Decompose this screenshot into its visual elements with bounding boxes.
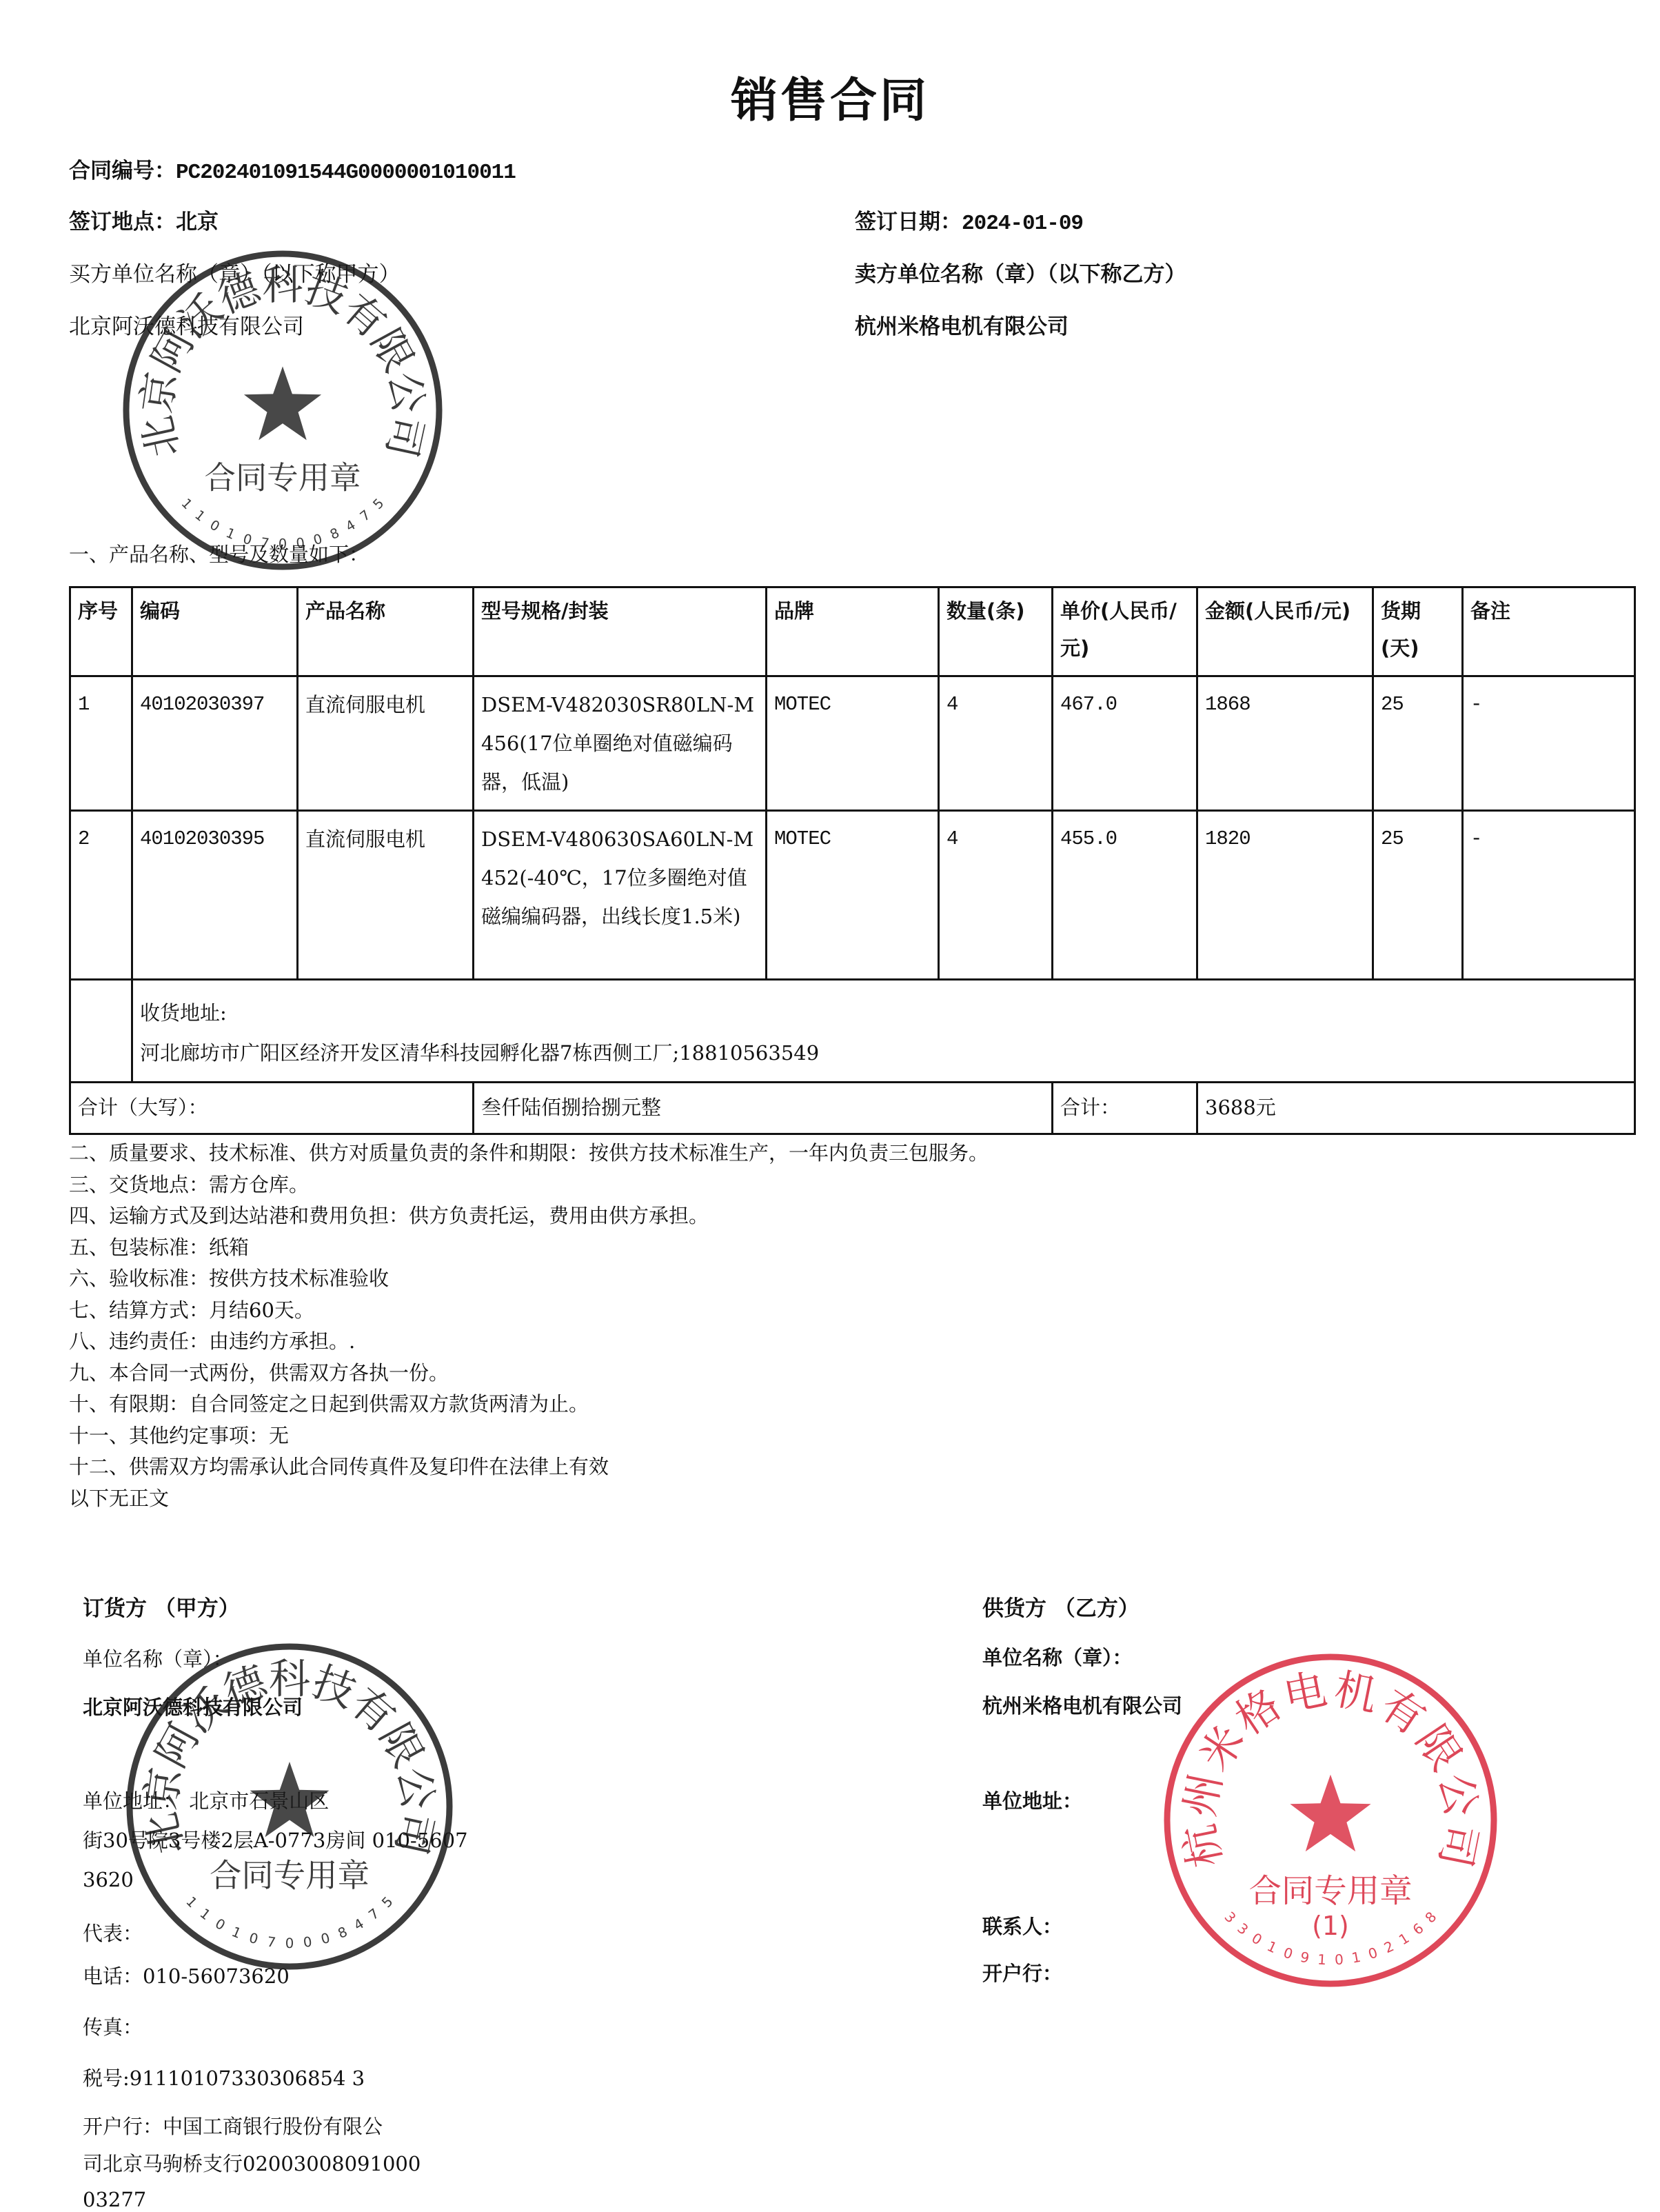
svg-text:1: 1 (197, 1905, 214, 1923)
col-header-product: 产品名称 (298, 587, 474, 676)
sign-date-label: 签订日期： (855, 210, 962, 234)
svg-text:合同专用章: 合同专用章 (205, 460, 361, 496)
seller-block-name-label: 单位名称（章）： (982, 1648, 1133, 1668)
svg-text:0: 0 (212, 1916, 227, 1933)
contract-number-label: 合同编号： (69, 159, 176, 183)
cell-code: 40102030397 (132, 676, 298, 811)
svg-text:0: 0 (1334, 1951, 1344, 1969)
buyer-address-line3: 3620 (83, 1870, 134, 1890)
address-spacer-cell (70, 980, 132, 1083)
buyer-address-line2: 街30号院3号楼2层A-0773房间 010-5607 (83, 1831, 468, 1851)
svg-text:司: 司 (1430, 1820, 1487, 1872)
contract-clauses: 二、质量要求、技术标准、供方对质量负责的条件和期限：按供方技术标准生产，一年内负… (69, 1138, 989, 1514)
end-of-text: 以下无正文 (69, 1483, 989, 1515)
cell-model: DSEM-V480630SA60LN-M452(-40℃，17位多圈绝对值磁编编… (474, 811, 767, 980)
sign-place: 签订地点：北京 (69, 204, 219, 235)
seller-address-label: 单位地址： (982, 1791, 1082, 1811)
seller-block-name: 杭州米格电机有限公司 (982, 1696, 1182, 1716)
cell-brand: MOTEC (767, 676, 939, 811)
company-seal-icon: 杭州米格电机有限公司合同专用章(1)33010910102168 (1158, 1651, 1503, 1989)
svg-text:1: 1 (1350, 1949, 1362, 1967)
svg-text:合同专用章: 合同专用章 (210, 1857, 370, 1894)
buyer-block-name-label: 单位名称（章）： (83, 1649, 233, 1669)
buyer-phone-label: 电话： (83, 1964, 143, 1988)
svg-text:有: 有 (341, 1678, 404, 1742)
svg-text:电: 电 (1279, 1665, 1330, 1722)
delivery-address-cell: 收货地址: 河北廊坊市广阳区经济开发区清华科技园孵化器7栋西侧工厂;188105… (132, 980, 1635, 1083)
svg-text:米: 米 (1190, 1717, 1255, 1780)
clause-10: 十、有限期：自合同签定之日起到供需双方款货两清为止。 (69, 1389, 989, 1420)
delivery-address-label: 收货地址: (140, 993, 1627, 1033)
buyer-block-address: 单位地址： 北京市石景山区 (83, 1791, 329, 1811)
svg-text:0: 0 (303, 1934, 313, 1951)
cell-no: 1 (70, 676, 132, 811)
buyer-address-label: 单位地址： (83, 1789, 183, 1813)
svg-text:4: 4 (343, 516, 358, 534)
svg-text:州: 州 (1175, 1769, 1232, 1821)
svg-text:限: 限 (1406, 1717, 1471, 1780)
cell-brand: MOTEC (767, 811, 939, 980)
buyer-bank-line3: 03277 (83, 2190, 146, 2210)
buyer-bank-line2: 司北京马驹桥支行02003008091000 (83, 2154, 421, 2174)
svg-text:0: 0 (285, 1935, 294, 1951)
clause-11: 十一、其他约定事项：无 (69, 1420, 989, 1452)
clause-2: 二、质量要求、技术标准、供方对质量负责的条件和期限：按供方技术标准生产，一年内负… (69, 1138, 989, 1169)
delivery-address-row: 收货地址: 河北廊坊市广阳区经济开发区清华科技园孵化器7栋西侧工厂;188105… (70, 980, 1635, 1083)
svg-text:1: 1 (1317, 1951, 1326, 1969)
svg-text:杭: 杭 (1174, 1820, 1231, 1872)
svg-text:合同专用章: 合同专用章 (1249, 1873, 1413, 1911)
svg-text:司: 司 (377, 412, 432, 461)
svg-text:北: 北 (133, 412, 188, 461)
svg-text:阿: 阿 (147, 1716, 209, 1775)
svg-text:(1): (1) (1312, 1911, 1349, 1941)
seller-stamp: 杭州米格电机有限公司合同专用章(1)33010910102168 (1158, 1651, 1503, 1992)
delivery-address-value: 河北廊坊市广阳区经济开发区清华科技园孵化器7栋西侧工厂;18810563549 (140, 1033, 1627, 1073)
clause-8: 八、违约责任：由违约方承担。. (69, 1326, 989, 1358)
svg-text:8: 8 (336, 1924, 350, 1942)
document-title: 销售合同 (0, 63, 1660, 130)
svg-text:公: 公 (388, 1764, 442, 1813)
table-row: 2 40102030395 直流伺服电机 DSEM-V480630SA60LN-… (70, 811, 1635, 980)
cell-amount: 1868 (1197, 676, 1373, 811)
svg-text:9: 9 (1299, 1949, 1310, 1967)
svg-text:技: 技 (306, 1658, 362, 1718)
svg-text:公: 公 (1430, 1769, 1487, 1820)
seller-block-heading: 供货方 （乙方） (982, 1598, 1140, 1620)
col-header-qty: 数量(条) (939, 587, 1053, 676)
clause-9: 九、本合同一式两份，供需双方各执一份。 (69, 1358, 989, 1389)
total-value: 3688元 (1197, 1083, 1635, 1134)
buyer-tax: 税号:91110107330306854 3 (83, 2069, 365, 2089)
buyer-tax-value: 91110107330306854 3 (130, 2067, 365, 2090)
svg-text:1: 1 (179, 495, 196, 512)
buyer-rep-label: 代表： (83, 1924, 143, 1944)
svg-text:4: 4 (351, 1916, 366, 1933)
cell-no: 2 (70, 811, 132, 980)
svg-text:7: 7 (365, 1905, 382, 1923)
sign-date-value: 2024-01-09 (962, 212, 1083, 236)
buyer-bank-label: 开户行： (83, 2115, 163, 2138)
svg-text:0: 0 (1282, 1944, 1295, 1962)
svg-text:1: 1 (230, 1924, 243, 1942)
buyer-block-heading: 订货方 （甲方） (83, 1598, 240, 1620)
svg-text:3: 3 (1234, 1920, 1251, 1938)
seller-name: 杭州米格电机有限公司 (855, 309, 1069, 340)
sign-place-label: 签订地点： (69, 210, 176, 234)
cell-product: 直流伺服电机 (298, 811, 474, 980)
sign-date: 签订日期：2024-01-09 (855, 204, 1083, 236)
svg-text:5: 5 (370, 495, 387, 512)
total-label: 合计： (1053, 1083, 1197, 1134)
seller-label: 卖方单位名称（章）（以下称乙方） (855, 257, 1186, 288)
svg-text:0: 0 (319, 1930, 332, 1947)
svg-text:0: 0 (1249, 1929, 1266, 1948)
total-row: 合计（大写）： 叁仟陆佰捌拾捌元整 合计： 3688元 (70, 1083, 1635, 1134)
svg-text:2: 2 (1381, 1938, 1397, 1956)
table-row: 1 40102030397 直流伺服电机 DSEM-V482030SR80LN-… (70, 676, 1635, 811)
col-header-amount: 金额(人民币/元) (1197, 587, 1373, 676)
clause-4: 四、运输方式及到达站港和费用负担：供方负责托运，费用由供方承担。 (69, 1200, 989, 1232)
svg-text:机: 机 (1330, 1665, 1382, 1722)
cell-unit-price: 455.0 (1053, 811, 1197, 980)
cell-lead-days: 25 (1373, 811, 1463, 980)
buyer-fax-label: 传真： (83, 2018, 143, 2038)
cell-qty: 4 (939, 811, 1053, 980)
col-header-lead-days: 货期(天) (1373, 587, 1463, 676)
svg-text:格: 格 (1227, 1680, 1290, 1745)
svg-text:8: 8 (1421, 1909, 1439, 1927)
svg-text:3: 3 (1221, 1909, 1239, 1927)
cell-remark: - (1463, 676, 1635, 811)
svg-text:京: 京 (132, 369, 185, 416)
company-seal-icon: 北京阿沃德科技有限公司合同专用章1101070008475 (103, 248, 462, 572)
seller-contact-label: 联系人： (982, 1917, 1062, 1937)
svg-text:1: 1 (1264, 1938, 1279, 1956)
svg-text:7: 7 (357, 507, 374, 525)
seller-bank-label: 开户行： (982, 1964, 1062, 1984)
svg-text:限: 限 (362, 321, 423, 380)
svg-text:0: 0 (247, 1930, 260, 1947)
svg-text:1: 1 (1396, 1929, 1413, 1948)
clause-7: 七、结算方式：月结60天。 (69, 1295, 989, 1327)
svg-text:1: 1 (183, 1893, 200, 1911)
col-header-no: 序号 (70, 587, 132, 676)
svg-text:0: 0 (207, 516, 222, 534)
svg-text:1: 1 (192, 507, 208, 525)
clause-3: 三、交货地点：需方仓库。 (69, 1169, 989, 1201)
cell-code: 40102030395 (132, 811, 298, 980)
cell-amount: 1820 (1197, 811, 1373, 980)
svg-text:5: 5 (378, 1893, 396, 1911)
buyer-block-name: 北京阿沃德科技有限公司 (83, 1698, 303, 1718)
buyer-phone-value: 010-56073620 (143, 1964, 290, 1988)
section-1-heading: 一、产品名称、型号及数量如下： (69, 539, 369, 567)
cell-qty: 4 (939, 676, 1053, 811)
cell-remark: - (1463, 811, 1635, 980)
clause-5: 五、包装标准：纸箱 (69, 1232, 989, 1264)
col-header-remark: 备注 (1463, 587, 1635, 676)
total-caps-value: 叁仟陆佰捌拾捌元整 (474, 1083, 1053, 1134)
table-header-row: 序号 编码 产品名称 型号规格/封装 品牌 数量(条) 单价(人民币/元) 金额… (70, 587, 1635, 676)
col-header-brand: 品牌 (767, 587, 939, 676)
buyer-phone: 电话：010-56073620 (83, 1967, 290, 1987)
svg-text:有: 有 (334, 285, 396, 348)
col-header-unit-price: 单价(人民币/元) (1053, 587, 1197, 676)
sign-place-value: 北京 (176, 210, 219, 234)
buyer-address-line1: 北京市石景山区 (189, 1789, 329, 1813)
clause-12: 十二、供需双方均需承认此合同传真件及复印件在法律上有效 (69, 1451, 989, 1483)
contract-number-value: PC202401091544G0000001010011 (176, 161, 516, 185)
total-caps-label: 合计（大写）： (70, 1083, 474, 1134)
svg-text:限: 限 (370, 1716, 432, 1775)
cell-unit-price: 467.0 (1053, 676, 1197, 811)
cell-model: DSEM-V482030SR80LN-M456(17位单圈绝对值磁编码器，低温) (474, 676, 767, 811)
items-table: 序号 编码 产品名称 型号规格/封装 品牌 数量(条) 单价(人民币/元) 金额… (69, 586, 1636, 1135)
buyer-bank: 开户行：中国工商银行股份有限公 (83, 2117, 383, 2137)
col-header-model: 型号规格/封装 (474, 587, 767, 676)
svg-text:6: 6 (1410, 1920, 1427, 1938)
buyer-name: 北京阿沃德科技有限公司 (69, 309, 304, 340)
cell-product: 直流伺服电机 (298, 676, 474, 811)
col-header-code: 编码 (132, 587, 298, 676)
svg-text:0: 0 (1366, 1944, 1380, 1962)
cell-lead-days: 25 (1373, 676, 1463, 811)
buyer-tax-label: 税号: (83, 2067, 130, 2090)
buyer-bank-line1: 中国工商银行股份有限公 (163, 2115, 383, 2138)
clause-6: 六、验收标准：按供方技术标准验收 (69, 1263, 989, 1295)
svg-text:公: 公 (380, 369, 433, 416)
svg-text:有: 有 (1371, 1680, 1434, 1745)
buyer-label: 买方单位名称（章）（以下称甲方） (69, 257, 401, 288)
buyer-stamp-top: 北京阿沃德科技有限公司合同专用章1101070008475 (103, 248, 462, 575)
svg-text:7: 7 (266, 1934, 276, 1951)
contract-number: 合同编号：PC202401091544G0000001010011 (69, 153, 516, 185)
